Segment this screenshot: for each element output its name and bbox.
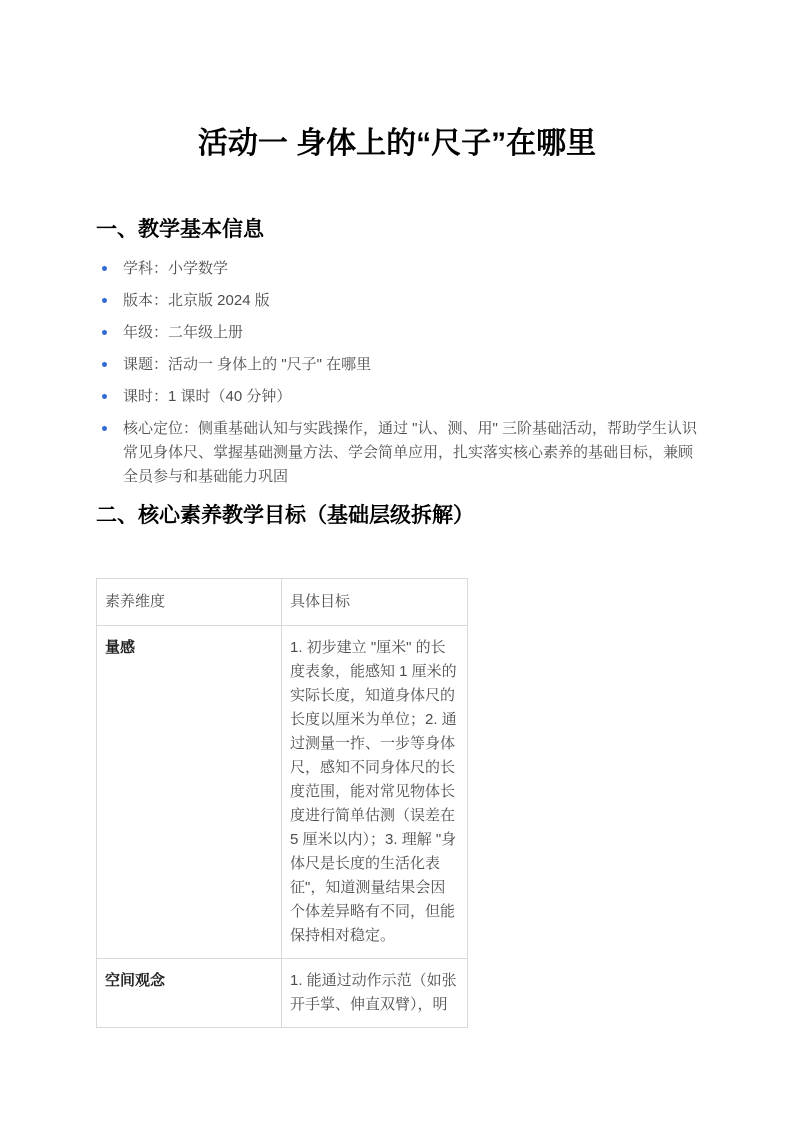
list-item-edition: 版本：北京版 2024 版: [123, 289, 698, 313]
cell-dimension-quantity-sense: 量感: [97, 625, 282, 958]
column-header-goal: 具体目标: [282, 578, 468, 625]
basic-info-list: 学科：小学数学 版本：北京版 2024 版 年级：二年级上册 课题：活动一 身体…: [96, 257, 698, 489]
table-row-spatial-concept: 空间观念 1. 能通过动作示范（如张开手掌、伸直双臂），明: [97, 958, 468, 1027]
list-item-topic: 课题：活动一 身体上的 "尺子" 在哪里: [123, 353, 698, 377]
core-goals-table: 素养维度 具体目标 量感 1. 初步建立 "厘米" 的长度表象，能感知 1 厘米…: [96, 578, 468, 1028]
table-header-row: 素养维度 具体目标: [97, 578, 468, 625]
section-heading-basic-info: 一、教学基本信息: [96, 215, 698, 244]
document-title: 活动一 身体上的“尺子”在哪里: [96, 126, 698, 162]
table-row-quantity-sense: 量感 1. 初步建立 "厘米" 的长度表象，能感知 1 厘米的实际长度，知道身体…: [97, 625, 468, 958]
cell-goal-spatial-concept: 1. 能通过动作示范（如张开手掌、伸直双臂），明: [282, 958, 468, 1027]
section-heading-core-goals: 二、核心素养教学目标（基础层级拆解）: [96, 501, 698, 530]
cell-dimension-spatial-concept: 空间观念: [97, 958, 282, 1027]
column-header-dimension: 素养维度: [97, 578, 282, 625]
list-item-subject: 学科：小学数学: [123, 257, 698, 281]
list-item-core-positioning: 核心定位：侧重基础认知与实践操作，通过 "认、测、用" 三阶基础活动，帮助学生认…: [123, 417, 698, 489]
list-item-duration: 课时：1 课时（40 分钟）: [123, 385, 698, 409]
cell-goal-quantity-sense: 1. 初步建立 "厘米" 的长度表象，能感知 1 厘米的实际长度，知道身体尺的长…: [282, 625, 468, 958]
list-item-grade: 年级：二年级上册: [123, 321, 698, 345]
document-page: 活动一 身体上的“尺子”在哪里 一、教学基本信息 学科：小学数学 版本：北京版 …: [0, 0, 794, 1123]
